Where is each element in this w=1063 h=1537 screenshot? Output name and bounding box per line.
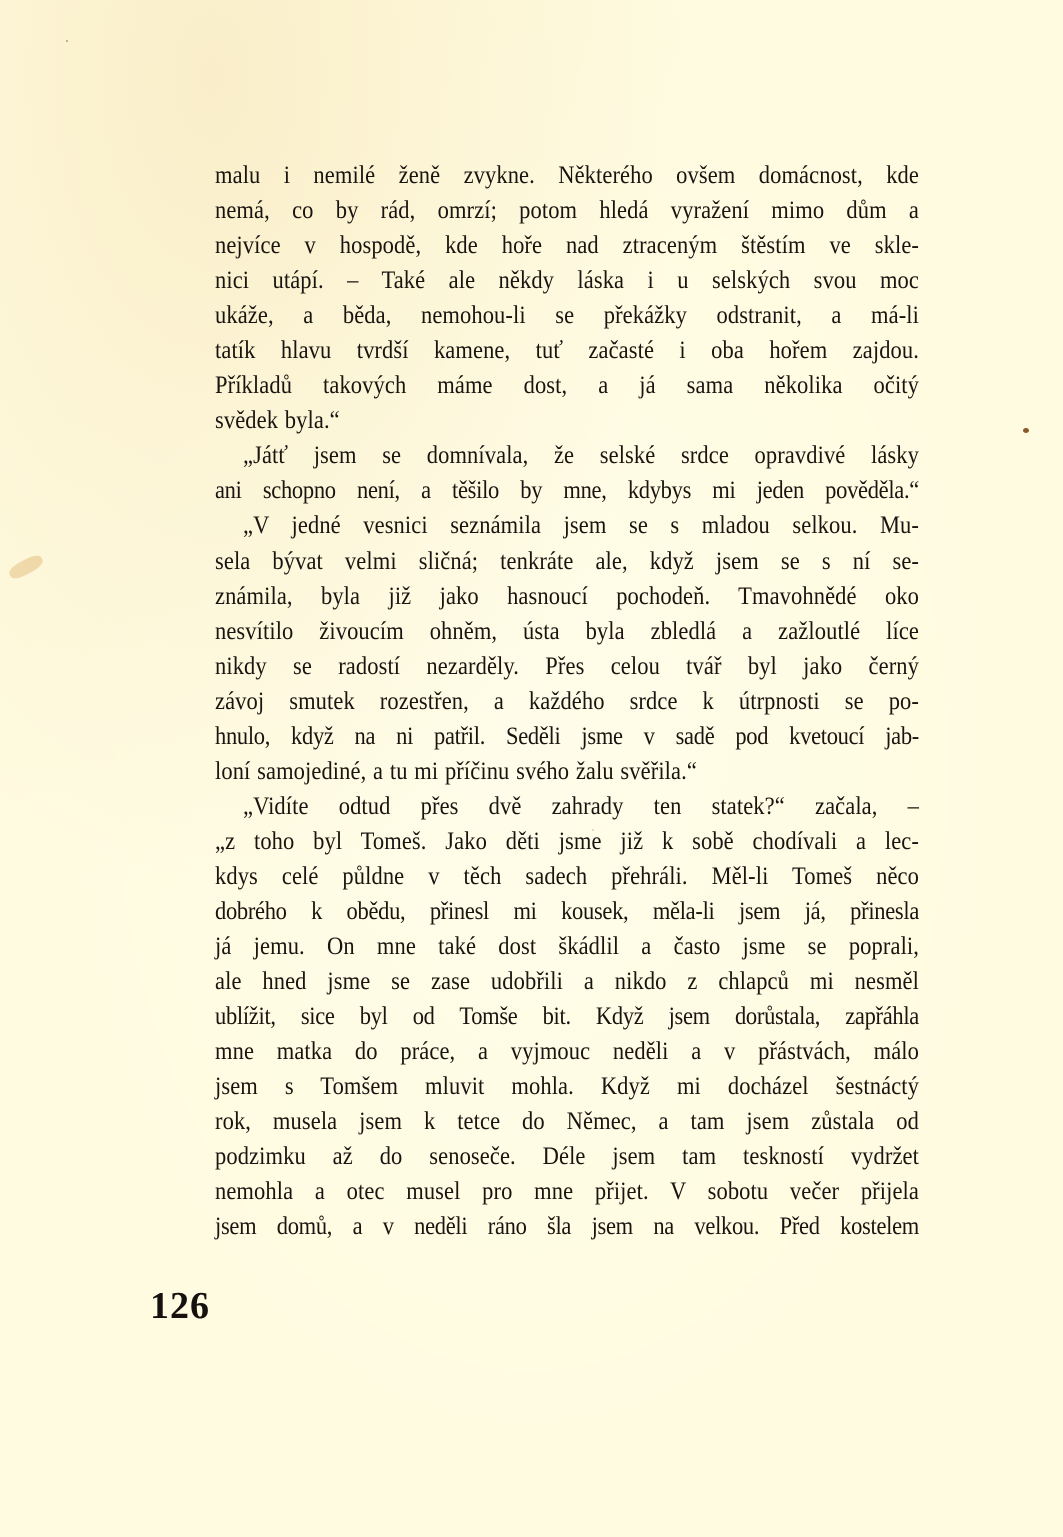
text-line: mne matka do práce, a vyjmouc neděli a v… [215, 1031, 919, 1070]
text-line: jsem s Tomšem mluvit mohla. Když mi doch… [215, 1066, 919, 1105]
text-line: hnulo, když na ni patřil. Seděli jsme v … [215, 716, 919, 755]
paper-stain [7, 552, 45, 581]
text-line: sela bývat velmi sličná; tenkráte ale, k… [215, 540, 919, 579]
text-line: podzimku až do senoseče. Déle jsem tam t… [215, 1136, 919, 1175]
text-line: známila, byla již jako hasnoucí pochodeň… [215, 575, 919, 614]
text-line: kdys celé půldne v těch sadech přehráli.… [215, 856, 919, 895]
text-line-paragraph-end: svědek byla.“ [215, 400, 919, 439]
text-line: dobrého k obědu, přinesl mi kousek, měla… [215, 891, 919, 930]
text-line-paragraph-start: „Vidíte odtud přes dvě zahrady ten state… [215, 786, 919, 825]
text-line: nemá, co by rád, omrzí; potom hledá vyra… [215, 190, 919, 229]
text-line: nemohla a otec musel pro mne přijet. V s… [215, 1171, 919, 1210]
text-line: ani schopno není, a těšilo by mne, kdyby… [215, 470, 919, 509]
paper-speck [1023, 428, 1029, 433]
text-line: nikdy se radostí nezarděly. Přes celou t… [215, 646, 919, 685]
text-line: malu i nemilé ženě zvykne. Některého ovš… [215, 155, 919, 194]
text-line-paragraph-start: „V jedné vesnici seznámila jsem se s mla… [215, 505, 919, 544]
text-line: nici utápí. – Také ale někdy láska i u s… [215, 260, 919, 299]
text-line: ale hned jsme se zase udobřili a nikdo z… [215, 961, 919, 1000]
text-line: Příkladů takových máme dost, a já sama n… [215, 365, 919, 404]
text-line-paragraph-start: „Játť jsem se domnívala, že selské srdce… [215, 435, 919, 474]
book-page: malu i nemilé ženě zvykne. Některého ovš… [0, 0, 1063, 1537]
text-line: rok, musela jsem k tetce do Němec, a tam… [215, 1101, 919, 1140]
text-line: jsem domů, a v neděli ráno šla jsem na v… [215, 1206, 919, 1245]
text-line-paragraph-end: loní samojediné, a tu mi příčinu svého ž… [215, 751, 919, 790]
text-line: nejvíce v hospodě, kde hoře nad ztracený… [215, 225, 919, 264]
text-line: tatík hlavu tvrdší kamene, tuť začasté i… [215, 330, 919, 369]
text-line: ublížit, sice byl od Tomše bit. Když jse… [215, 996, 919, 1035]
text-line: ukáže, a běda, nemohou-li se překážky od… [215, 295, 919, 334]
body-text: malu i nemilé ženě zvykne. Některého ovš… [215, 157, 919, 1243]
text-line: závoj smutek rozestřen, a každého srdce … [215, 681, 919, 720]
text-line: „z toho byl Tomeš. Jako děti jsme již k … [215, 821, 919, 860]
paper-speck [66, 40, 68, 42]
page-number: 126 [150, 1284, 210, 1328]
text-line: já jemu. On mne také dost škádlil a čast… [215, 926, 919, 965]
text-line: nesvítilo živoucím ohněm, ústa byla zble… [215, 611, 919, 650]
